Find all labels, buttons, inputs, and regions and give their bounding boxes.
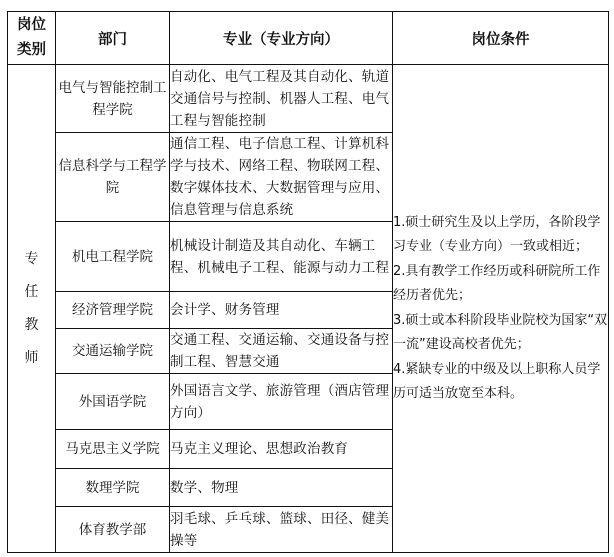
header-major: 专业（专业方向） xyxy=(170,12,393,65)
major-cell: 羽毛球、乒乓球、篮球、田径、健美操等 xyxy=(170,507,393,553)
header-category-line-2: 类别 xyxy=(8,38,55,63)
department-cell: 外国语学院 xyxy=(56,374,170,430)
major-cell: 自动化、电气工程及其自动化、轨道交通信号与控制、机器人工程、电气工程与智能控制 xyxy=(170,65,393,133)
header-category-line-1: 岗位 xyxy=(8,13,55,38)
major-cell: 通信工程、电子信息工程、计算机科学与技术、网络工程、物联网工程、数字媒体技术、大… xyxy=(170,133,393,222)
major-cell: 马克主义理论、思想政治教育 xyxy=(170,430,393,469)
department-cell: 信息科学与工程学院 xyxy=(56,133,170,222)
header-department: 部门 xyxy=(56,12,170,65)
department-cell: 马克思主义学院 xyxy=(56,430,170,469)
header-requirements: 岗位条件 xyxy=(393,12,609,65)
major-cell: 机械设计制造及其自动化、车辆工程、机械电子工程、能源与动力工程 xyxy=(170,222,393,292)
department-cell: 交通运输学院 xyxy=(56,329,170,374)
category-char: 任 xyxy=(8,276,55,309)
major-cell: 数学、物理 xyxy=(170,469,393,507)
requirement-item: 3.硕士或本科阶段毕业院校为国家“双一流”建设高校者优先； xyxy=(393,309,608,358)
department-cell: 数理学院 xyxy=(56,469,170,507)
category-char: 师 xyxy=(8,342,55,375)
department-cell: 电气与智能控制工程学院 xyxy=(56,65,170,133)
header-row: 岗位 类别 部门 专业（专业方向） 岗位条件 xyxy=(8,12,609,65)
major-cell: 交通工程、交通运输、交通设备与控制工程、智慧交通 xyxy=(170,329,393,374)
requirement-item: 1.硕士研究生及以上学历，各阶段学习专业（专业方向）一致或相近； xyxy=(393,211,608,260)
category-char: 专 xyxy=(8,243,55,276)
major-cell: 外国语言文学、旅游管理（酒店管理方向） xyxy=(170,374,393,430)
major-cell: 会计学、财务管理 xyxy=(170,292,393,329)
requirement-item: 4.紧缺专业的中级及以上职称人员学历可适当放宽至本科。 xyxy=(393,358,608,407)
department-cell: 经济管理学院 xyxy=(56,292,170,329)
requirements-cell: 1.硕士研究生及以上学历，各阶段学习专业（专业方向）一致或相近； 2.具有教学工… xyxy=(393,65,609,553)
category-char: 教 xyxy=(8,309,55,342)
job-requirements-table: 岗位 类别 部门 专业（专业方向） 岗位条件 专 任 教 师 电气与智能控制工程… xyxy=(7,11,609,553)
table-row: 专 任 教 师 电气与智能控制工程学院 自动化、电气工程及其自动化、轨道交通信号… xyxy=(8,65,609,133)
department-cell: 机电工程学院 xyxy=(56,222,170,292)
department-cell: 体育教学部 xyxy=(56,507,170,553)
category-cell: 专 任 教 师 xyxy=(8,65,56,553)
requirement-item: 2.具有教学工作经历或科研院所工作经历者优先； xyxy=(393,260,608,309)
header-category: 岗位 类别 xyxy=(8,12,56,65)
